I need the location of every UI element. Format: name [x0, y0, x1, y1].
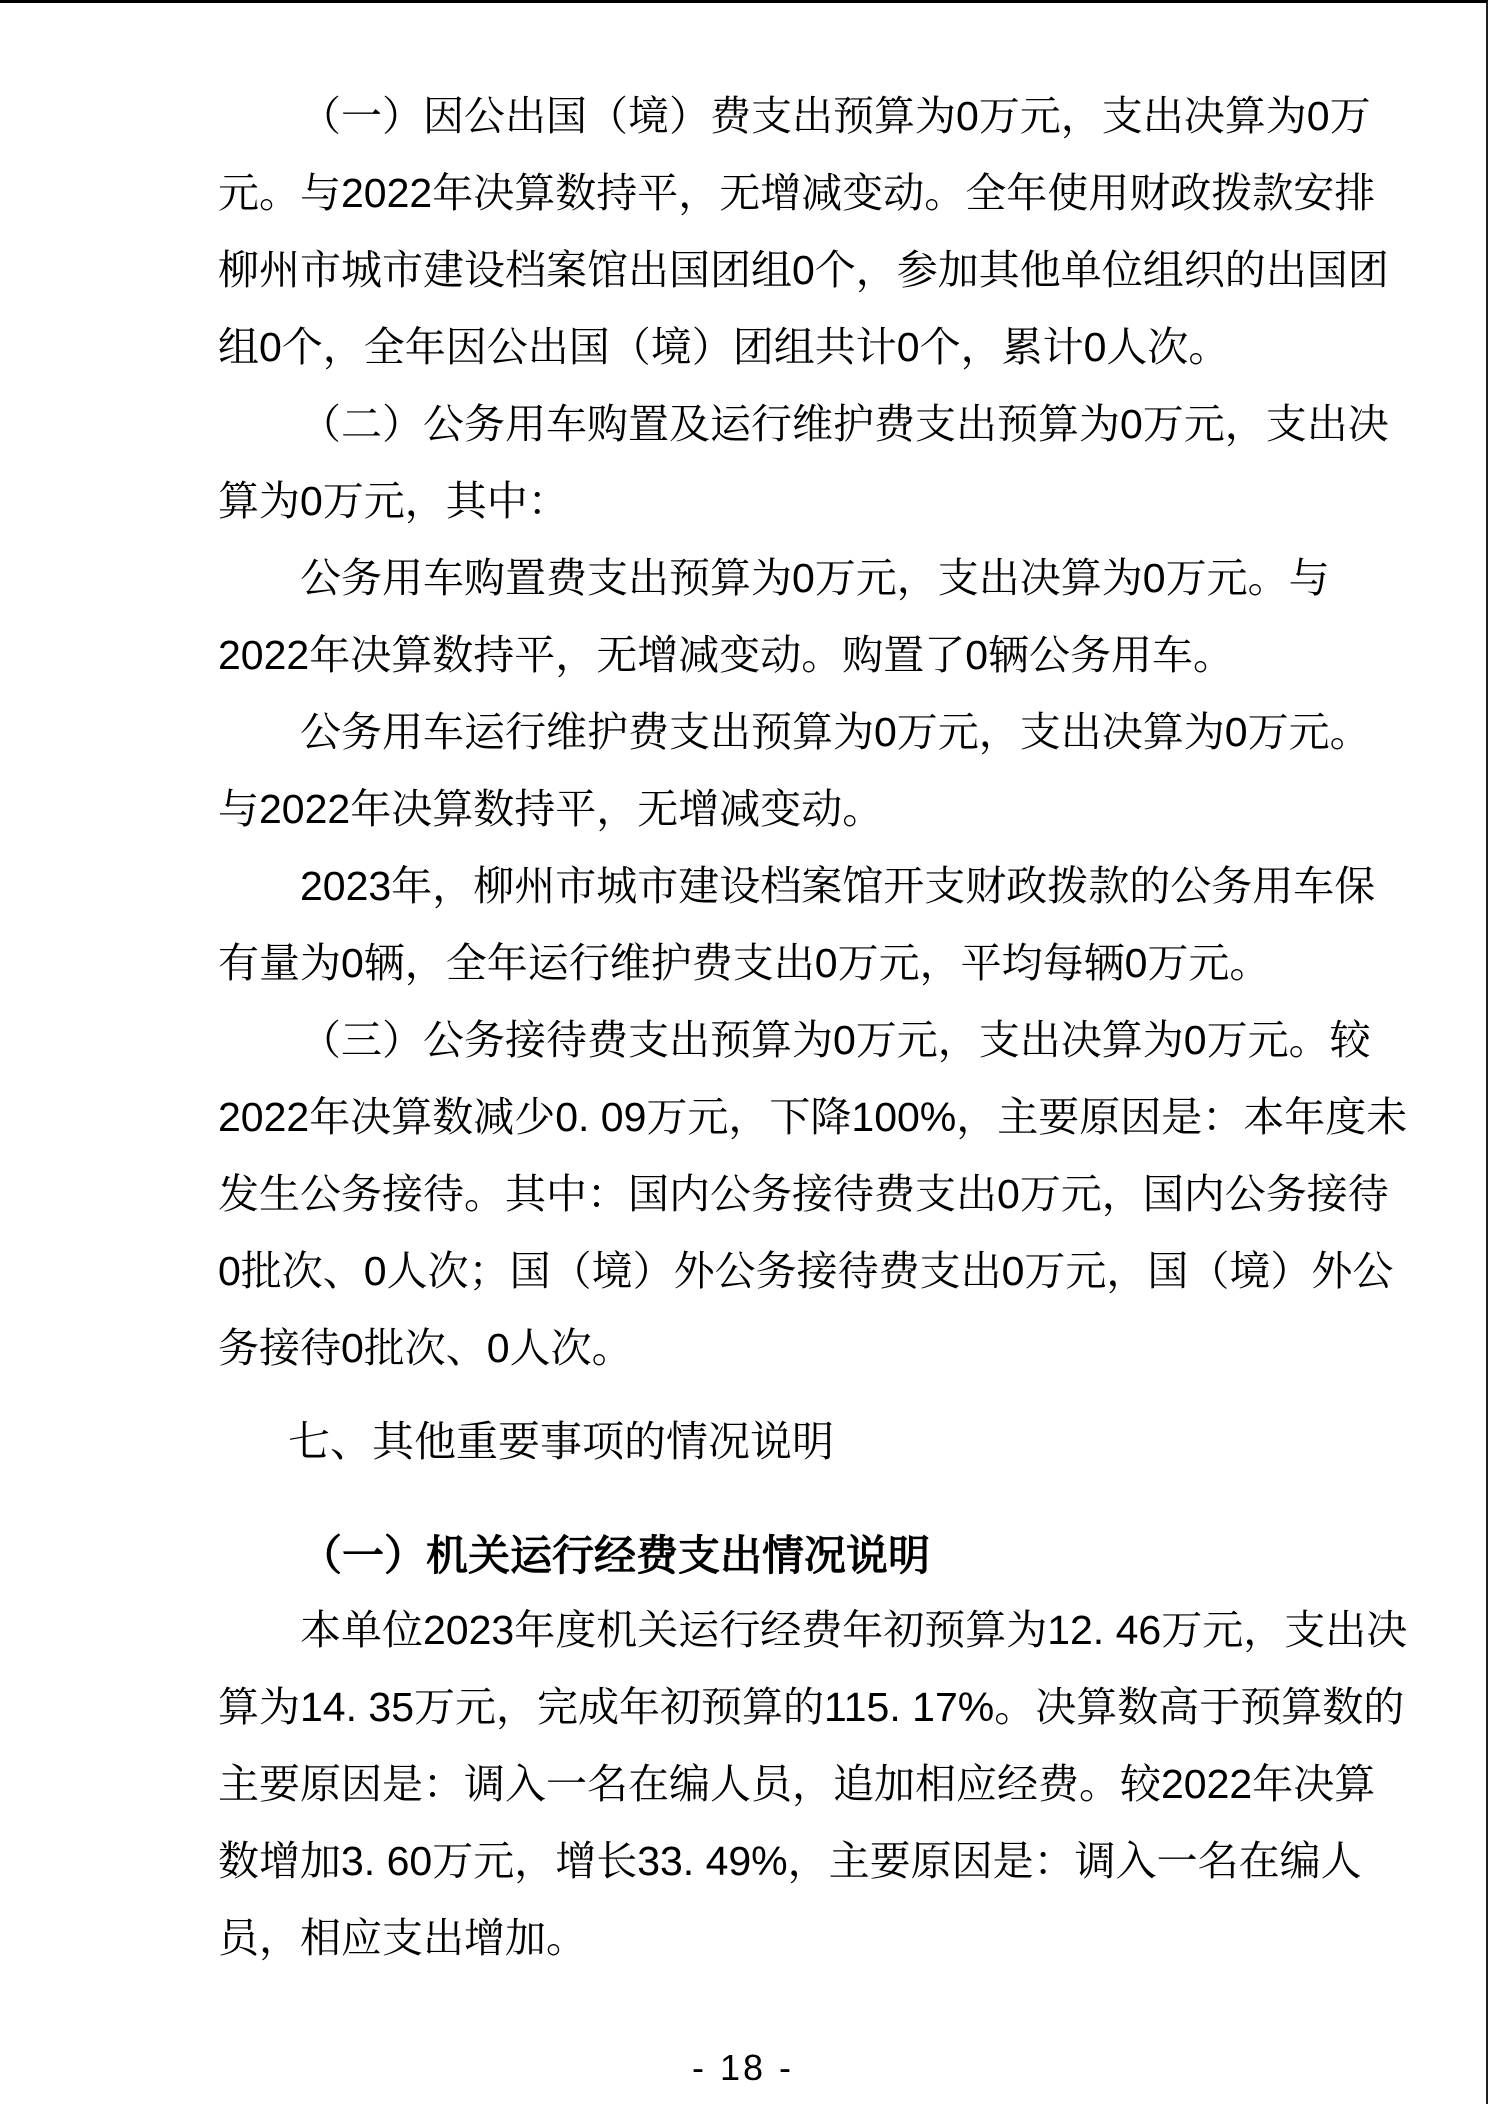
text-line: 发生公务接待。其中：国内公务接待费支出0万元，国内公务接待	[218, 1156, 1288, 1233]
paragraph: 本单位2023年度机关运行经费年初预算为12. 46万元，支出决算为14. 35…	[218, 1592, 1288, 1977]
text-line: 本单位2023年度机关运行经费年初预算为12. 46万元，支出决	[218, 1592, 1288, 1669]
text-line: 组0个，全年因公出国（境）团组共计0个，累计0人次。	[218, 309, 1288, 386]
text-line: 元。与2022年决算数持平，无增减变动。全年使用财政拨款安排	[218, 155, 1288, 232]
text-line: 柳州市城市建设档案馆出国团组0个，参加其他单位组织的出国团	[218, 232, 1288, 309]
document-page: （一）因公出国（境）费支出预算为0万元，支出决算为0万元。与2022年决算数持平…	[0, 0, 1488, 2104]
paragraph: 2023年，柳州市城市建设档案馆开支财政拨款的公务用车保有量为0辆，全年运行维护…	[218, 848, 1288, 1002]
text-line: 有量为0辆，全年运行维护费支出0万元，平均每辆0万元。	[218, 925, 1288, 1002]
paragraph: （二）公务用车购置及运行维护费支出预算为0万元，支出决算为0万元，其中：	[218, 386, 1288, 540]
text-line: 员，相应支出增加。	[218, 1900, 1288, 1977]
text-line: 务接待0批次、0人次。	[218, 1310, 1288, 1387]
section-heading: 七、其他重要事项的情况说明	[218, 1412, 1288, 1472]
text-line: （三）公务接待费支出预算为0万元，支出决算为0万元。较	[218, 1002, 1288, 1079]
text-column: （一）因公出国（境）费支出预算为0万元，支出决算为0万元。与2022年决算数持平…	[218, 3, 1288, 1977]
paragraph: （三）公务接待费支出预算为0万元，支出决算为0万元。较2022年决算数减少0. …	[218, 1002, 1288, 1387]
text-line: （一）因公出国（境）费支出预算为0万元，支出决算为0万	[218, 78, 1288, 155]
text-line: 2022年决算数持平，无增减变动。购置了0辆公务用车。	[218, 617, 1288, 694]
text-line: 0批次、0人次；国（境）外公务接待费支出0万元，国（境）外公	[218, 1233, 1288, 1310]
text-line: 公务用车运行维护费支出预算为0万元，支出决算为0万元。	[218, 694, 1288, 771]
paragraph: （一）因公出国（境）费支出预算为0万元，支出决算为0万元。与2022年决算数持平…	[218, 78, 1288, 386]
text-line: （二）公务用车购置及运行维护费支出预算为0万元，支出决	[218, 386, 1288, 463]
text-line: 算为0万元，其中：	[218, 463, 1288, 540]
text-line: 与2022年决算数持平，无增减变动。	[218, 771, 1288, 848]
text-line: 主要原因是：调入一名在编人员，追加相应经费。较2022年决算	[218, 1746, 1288, 1823]
text-line: 2022年决算数减少0. 09万元，下降100%，主要原因是：本年度未	[218, 1079, 1288, 1156]
page-number: - 18 -	[0, 2048, 1486, 2088]
text-line: 2023年，柳州市城市建设档案馆开支财政拨款的公务用车保	[218, 848, 1288, 925]
paragraph: 公务用车运行维护费支出预算为0万元，支出决算为0万元。与2022年决算数持平，无…	[218, 694, 1288, 848]
text-line: 算为14. 35万元，完成年初预算的115. 17%。决算数高于预算数的	[218, 1669, 1288, 1746]
text-line: 公务用车购置费支出预算为0万元，支出决算为0万元。与	[218, 540, 1288, 617]
paragraph: 公务用车购置费支出预算为0万元，支出决算为0万元。与2022年决算数持平，无增减…	[218, 540, 1288, 694]
text-line: 数增加3. 60万元，增长33. 49%，主要原因是：调入一名在编人	[218, 1823, 1288, 1900]
section-subheading: （一）机关运行经费支出情况说明	[218, 1526, 1288, 1586]
